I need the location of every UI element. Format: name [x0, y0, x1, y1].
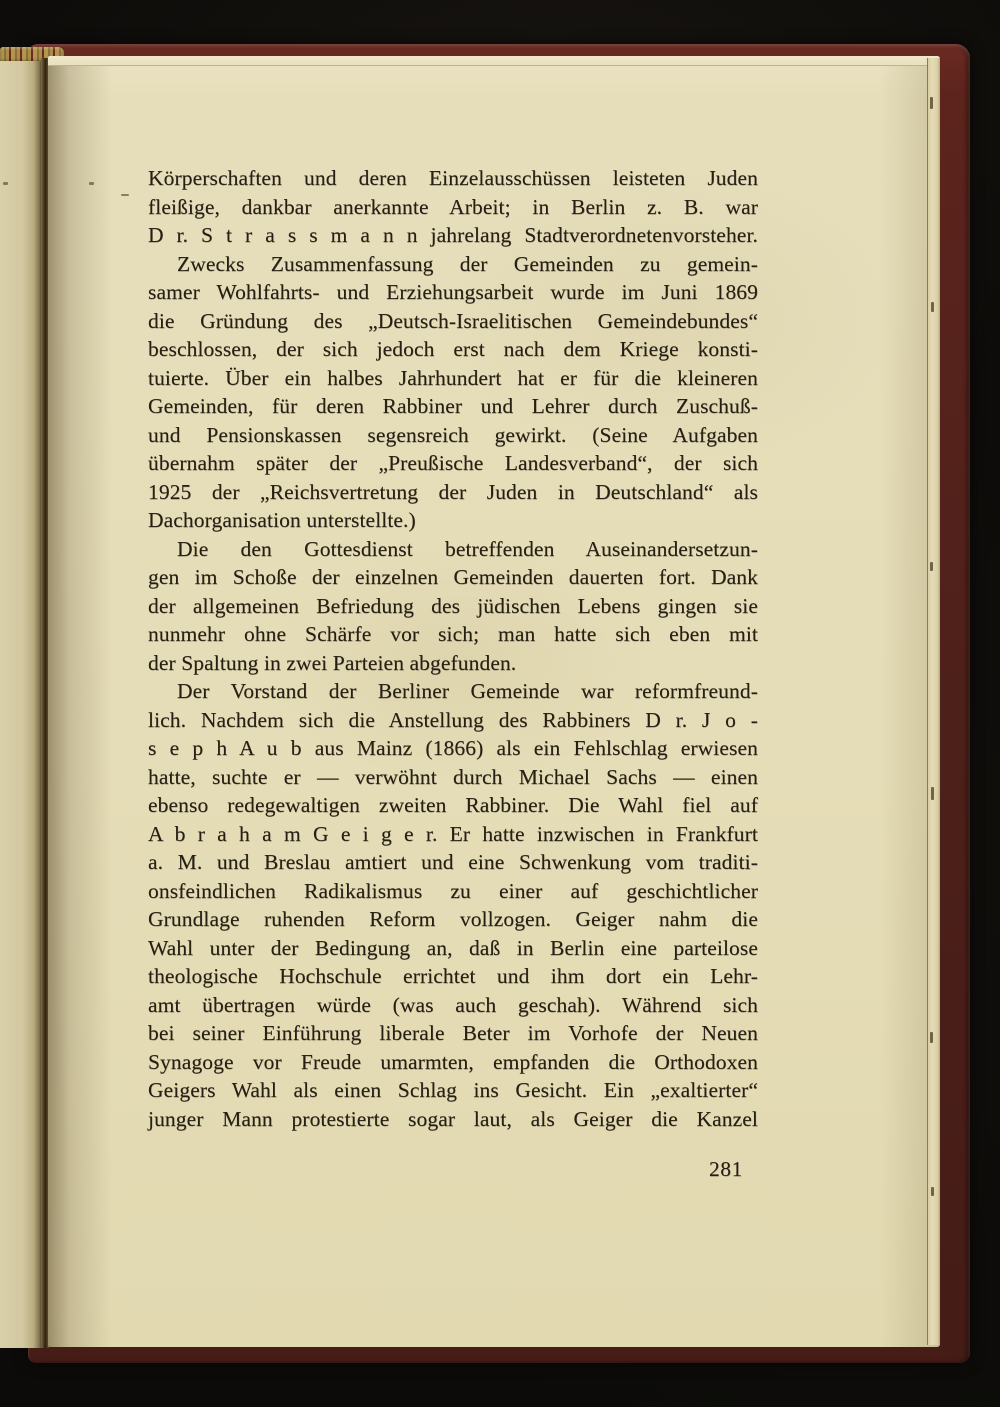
text-line: Geigers Wahl als einen Schlag ins Gesich…: [148, 1076, 758, 1105]
text-line: amt übertragen würde (was auch geschah).…: [148, 991, 758, 1020]
book-page: Körperschaften und deren Einzelausschüss…: [48, 56, 940, 1347]
text-line: Der Vorstand der Berliner Gemeinde war r…: [148, 677, 758, 706]
text-line: bei seiner Einführung liberale Beter im …: [148, 1019, 758, 1048]
text-line: samer Wohlfahrts- und Erziehungsarbeit w…: [148, 278, 758, 307]
text-line: theologische Hochschule errichtet und ih…: [148, 962, 758, 991]
stray-ink-mark: [3, 182, 8, 185]
text-line: Die den Gottesdienst betreffenden Ausein…: [148, 535, 758, 564]
text-line: der allgemeinen Befriedung des jüdischen…: [148, 592, 758, 621]
paragraph: Die den Gottesdienst betreffenden Ausein…: [148, 535, 758, 678]
page-edge-speck: [931, 787, 934, 800]
stray-ink-mark: [89, 182, 94, 185]
page-edge-speck: [930, 562, 933, 571]
text-line: ebenso redegewaltigen zweiten Rabbiner. …: [148, 791, 758, 820]
paragraph: Zwecks Zusammenfassung der Gemeinden zu …: [148, 250, 758, 535]
photograph-background: { "document": { "type": "scanned-book-pa…: [0, 0, 1000, 1407]
text-line: übernahm später der „Preußische Landesve…: [148, 449, 758, 478]
text-line: a. M. und Breslau amtiert und eine Schwe…: [148, 848, 758, 877]
text-line: onsfeindlichen Radikalismus zu einer auf…: [148, 877, 758, 906]
text-line: gen im Schoße der einzelnen Gemeinden da…: [148, 563, 758, 592]
text-line: lich. Nachdem sich die Anstellung des Ra…: [148, 706, 758, 735]
text-line: nunmehr ohne Schärfe vor sich; man hatte…: [148, 620, 758, 649]
text-line: D r. S t r a s s m a n n jahrelang Stadt…: [148, 221, 758, 250]
text-line: s e p h A u b aus Mainz (1866) als ein F…: [148, 734, 758, 763]
page-right-edge: [927, 58, 940, 1345]
text-line: und Pensionskassen segensreich gewirkt. …: [148, 421, 758, 450]
text-line: Körperschaften und deren Einzelausschüss…: [148, 164, 758, 193]
text-line: beschlossen, der sich jedoch erst nach d…: [148, 335, 758, 364]
text-line: Dachorganisation unterstellte.): [148, 506, 758, 535]
page-edge-speck: [931, 302, 934, 312]
text-line: 1925 der „Reichsvertretung der Juden in …: [148, 478, 758, 507]
page-text: Körperschaften und deren Einzelausschüss…: [148, 164, 758, 1184]
text-line: fleißige, dankbar anerkannte Arbeit; in …: [148, 193, 758, 222]
text-line: Synagoge vor Freude umarmten, empfanden …: [148, 1048, 758, 1077]
paragraph: Körperschaften und deren Einzelausschüss…: [148, 164, 758, 250]
text-line: tuierte. Über ein halbes Jahrhundert hat…: [148, 364, 758, 393]
page-top-edge: [48, 56, 940, 66]
page-number: 281: [148, 1155, 758, 1184]
paragraph: Der Vorstand der Berliner Gemeinde war r…: [148, 677, 758, 1133]
text-line: der Spaltung in zwei Parteien abgefunden…: [148, 649, 758, 678]
text-line: Gemeinden, für deren Rabbiner und Lehrer…: [148, 392, 758, 421]
text-line: hatte, suchte er — verwöhnt durch Michae…: [148, 763, 758, 792]
text-line: Zwecks Zusammenfassung der Gemeinden zu …: [148, 250, 758, 279]
text-line: junger Mann protestierte sogar laut, als…: [148, 1105, 758, 1134]
page-edge-speck: [930, 1032, 933, 1043]
page-edge-speck: [931, 1187, 934, 1196]
page-edge-speck: [930, 97, 933, 109]
text-line: A b r a h a m G e i g e r. Er hatte inzw…: [148, 820, 758, 849]
text-line: Grundlage ruhenden Reform vollzogen. Gei…: [148, 905, 758, 934]
book-photo-scene: Körperschaften und deren Einzelausschüss…: [0, 0, 1000, 1407]
text-line: die Gründung des „Deutsch-Israelitischen…: [148, 307, 758, 336]
facing-page-edge: [0, 61, 41, 1348]
text-line: Wahl unter der Bedingung an, daß in Berl…: [148, 934, 758, 963]
stray-ink-mark: [121, 194, 129, 196]
